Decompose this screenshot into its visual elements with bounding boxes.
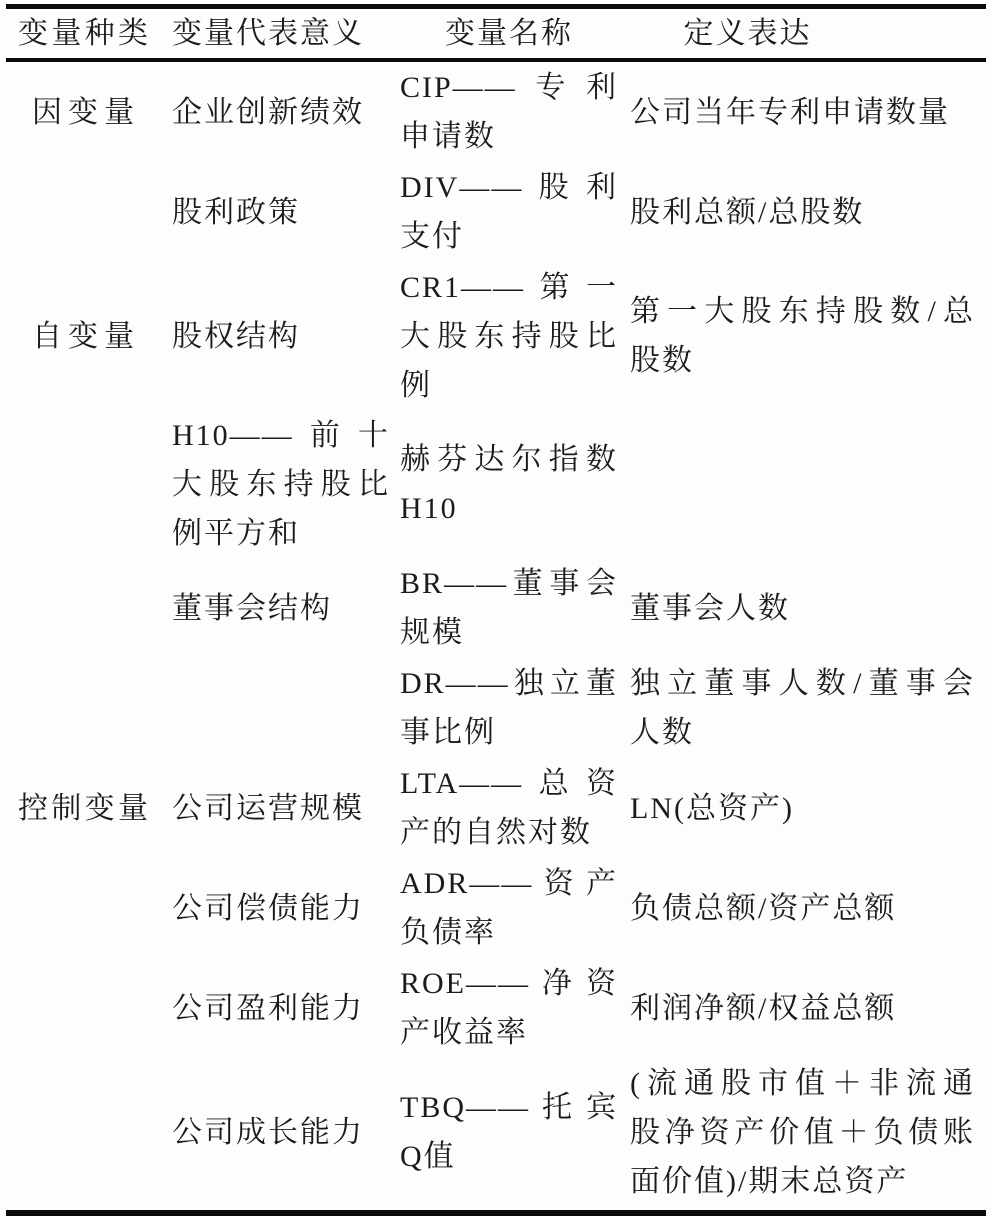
cell-variable-name: CIP——专利申请数 <box>400 63 630 161</box>
cell-variable-name: 赫芬达尔指数H10 <box>400 435 630 533</box>
table-row: 控制变量 公司运营规模 LTA——总资产的自然对数 LN(总资产) <box>0 758 992 858</box>
table-row: DR——独立董事比例 独立董事人数/董事会人数 <box>0 658 992 758</box>
cell-definition: 董事会人数 <box>630 584 975 633</box>
table-row: 公司偿债能力 ADR——资产负债率 负债总额/资产总额 <box>0 858 992 958</box>
variable-definition-table-page: 变量种类 变量代表意义 变量名称 定义表达 因变量 企业创新绩效 CIP——专利… <box>0 0 992 1216</box>
cell-variable-name: DR——独立董事比例 <box>400 659 630 757</box>
cell-variable-name: DIV——股利支付 <box>400 163 630 261</box>
table-row: H10——前十大股东持股比例平方和 赫芬达尔指数H10 <box>0 410 992 558</box>
cell-variable-meaning: 企业创新绩效 <box>172 88 400 137</box>
table-header-row: 变量种类 变量代表意义 变量名称 定义表达 <box>0 9 992 58</box>
cell-variable-type: 因变量 <box>18 88 150 137</box>
cell-variable-type: 控制变量 <box>18 784 150 833</box>
cell-variable-type: 自变量 <box>18 312 150 361</box>
table-row: 自变量 股权结构 CR1——第一大股东持股比例 第一大股东持股数/总股数 <box>0 262 992 410</box>
table-row: 因变量 企业创新绩效 CIP——专利申请数 公司当年专利申请数量 <box>0 62 992 162</box>
cell-variable-meaning: 股权结构 <box>172 312 400 361</box>
table-row: 公司盈利能力 ROE——净资产收益率 利润净额/权益总额 <box>0 958 992 1058</box>
cell-definition: 利润净额/权益总额 <box>630 984 975 1033</box>
cell-definition: 第一大股东持股数/总股数 <box>630 287 975 385</box>
cell-variable-meaning: 股利政策 <box>172 188 400 237</box>
cell-variable-meaning: 公司运营规模 <box>172 784 400 833</box>
header-variable-type: 变量种类 <box>18 9 172 58</box>
cell-definition: 股利总额/总股数 <box>630 188 975 237</box>
table-row: 股利政策 DIV——股利支付 股利总额/总股数 <box>0 162 992 262</box>
cell-definition: 独立董事人数/董事会人数 <box>630 659 975 757</box>
header-variable-name: 变量名称 <box>400 9 630 58</box>
cell-variable-meaning: H10——前十大股东持股比例平方和 <box>172 411 400 558</box>
table-row: 公司成长能力 TBQ——托宾Q值 (流通股市值＋非流通股净资产价值＋负债账面价值… <box>0 1058 992 1206</box>
cell-variable-name: BR——董事会规模 <box>400 559 630 657</box>
cell-variable-meaning: 公司偿债能力 <box>172 884 400 933</box>
header-variable-meaning: 变量代表意义 <box>172 9 400 58</box>
cell-variable-meaning: 公司成长能力 <box>172 1108 400 1157</box>
cell-variable-name: CR1——第一大股东持股比例 <box>400 263 630 410</box>
cell-variable-name: LTA——总资产的自然对数 <box>400 759 630 857</box>
cell-variable-name: ROE——净资产收益率 <box>400 959 630 1057</box>
cell-variable-meaning: 董事会结构 <box>172 584 400 633</box>
header-definition: 定义表达 <box>630 9 975 58</box>
cell-definition: 公司当年专利申请数量 <box>630 88 975 137</box>
bottom-rule <box>6 1210 986 1216</box>
cell-definition: (流通股市值＋非流通股净资产价值＋负债账面价值)/期末总资产 <box>630 1059 975 1206</box>
cell-variable-meaning: 公司盈利能力 <box>172 984 400 1033</box>
header-variable-type-label: 变量种类 <box>18 9 150 58</box>
cell-variable-name: TBQ——托宾Q值 <box>400 1083 630 1181</box>
cell-definition: LN(总资产) <box>630 784 975 833</box>
cell-variable-name: ADR——资产负债率 <box>400 859 630 957</box>
cell-definition: 负债总额/资产总额 <box>630 884 975 933</box>
table-row: 董事会结构 BR——董事会规模 董事会人数 <box>0 558 992 658</box>
